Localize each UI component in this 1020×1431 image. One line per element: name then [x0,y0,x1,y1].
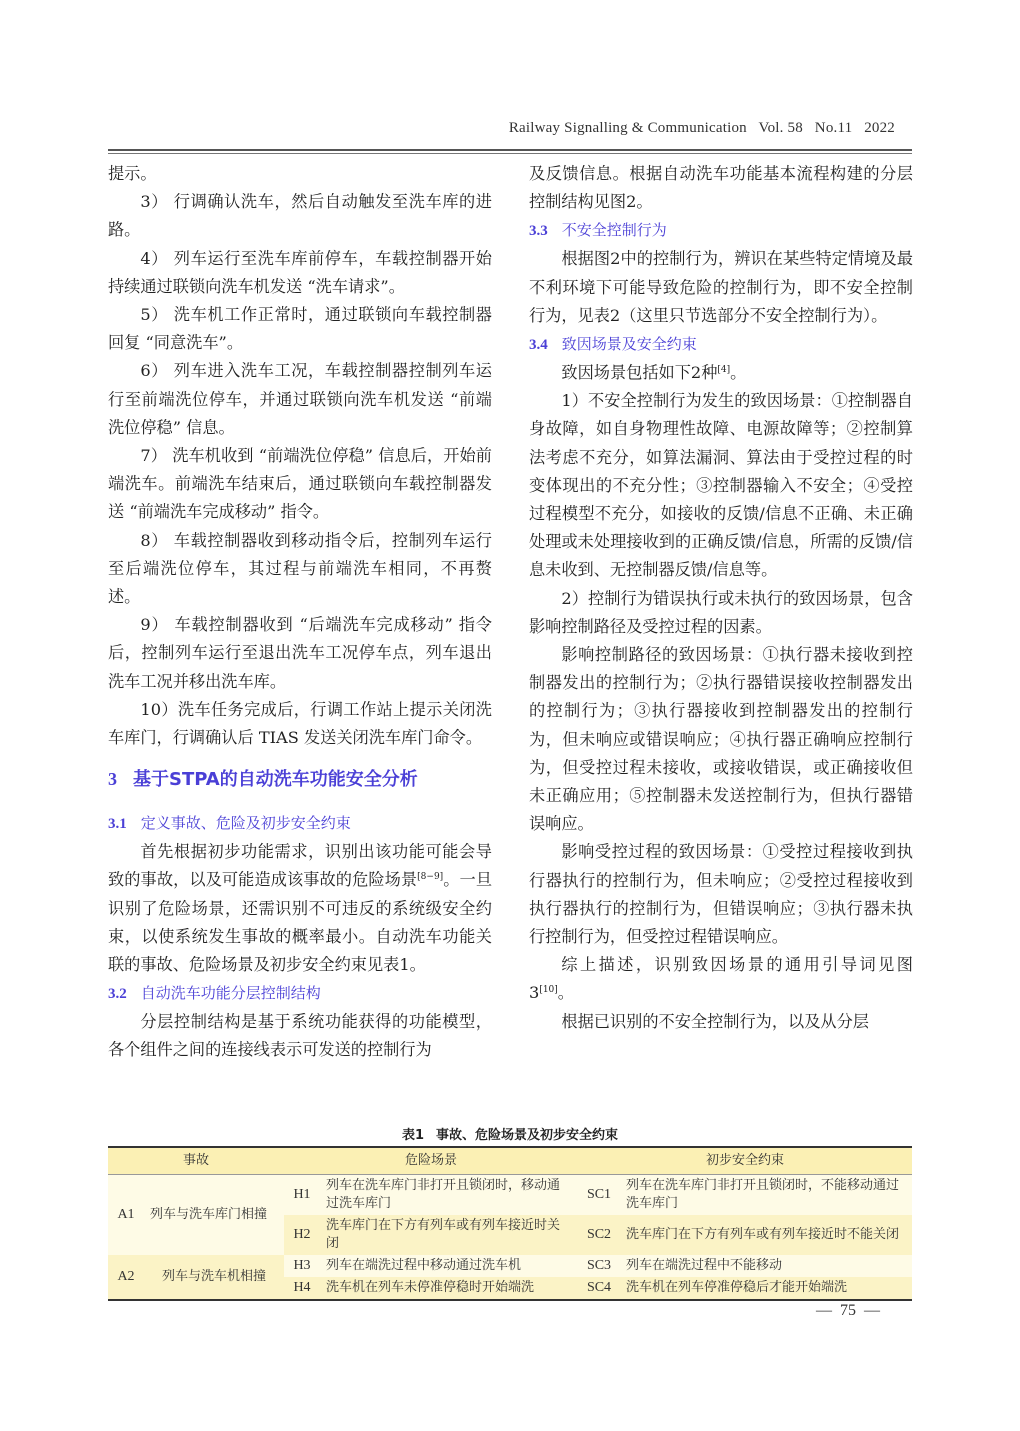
journal-name: Railway Signalling & Communication [509,120,747,136]
hazard-desc: 洗车库门在下方有列车或有列车接近时关闭 [320,1215,578,1255]
list-item-5: 5） 洗车机工作正常时，通过联锁向车载控制器回复 “同意洗车”。 [108,301,492,357]
paragraph: 根据图2中的控制行为，辨识在某些特定情境及最不利环境下可能导致危险的控制行为，即… [529,245,913,330]
constraint-id: SC3 [578,1255,620,1277]
column-header-accident: 事故 [108,1147,284,1175]
hazard-desc: 列车在洗车库门非打开且锁闭时，移动通过洗车库门 [320,1175,578,1216]
constraint-id: SC4 [578,1277,620,1300]
header-rule-thin [108,153,912,154]
section-heading-3: 3基于STPA的自动洗车功能安全分析 [108,762,492,797]
issue: No.11 [815,120,853,136]
table-accidents-hazards: 事故 危险场景 初步安全约束 A1 列车与洗车库门相撞 H1 列车在洗车库门非打… [108,1146,912,1301]
subsection-heading-3-3: 3.3不安全控制行为 [529,216,913,245]
accident-id: A2 [108,1255,144,1300]
constraint-id: SC2 [578,1215,620,1255]
constraint-desc: 列车在洗车库门非打开且锁闭时，不能移动通过洗车库门 [620,1175,912,1216]
accident-desc: 列车与洗车机相撞 [144,1255,284,1300]
list-item-8: 8） 车载控制器收到移动指令后，控制列车运行至后端洗位停车，其过程与前端洗车相同… [108,527,492,612]
year: 2022 [864,120,895,136]
list-item-9: 9） 车载控制器收到 “后端洗车完成移动” 指令后，控制列车运行至退出洗车工况停… [108,611,492,696]
constraint-desc: 洗车机在列车停准停稳后才能开始端洗 [620,1277,912,1300]
hazard-desc: 洗车机在列车未停准停稳时开始端洗 [320,1277,578,1300]
citation: [10] [539,985,557,995]
paragraph: 影响控制路径的致因场景：①执行器未接收到控制器发出的控制行为；②执行器错误接收控… [529,641,913,838]
subsection-heading-3-4: 3.4致因场景及安全约束 [529,330,913,359]
list-item-6: 6） 列车进入洗车工况，车载控制器控制列车运行至前端洗位停车，并通过联锁向洗车机… [108,357,492,442]
paragraph: 影响受控过程的致因场景：①受控过程接收到执行器执行的控制行为，但未响应；②受控过… [529,838,913,951]
subsection-heading-3-2: 3.2自动洗车功能分层控制结构 [108,979,492,1008]
volume: Vol. 58 [758,120,802,136]
hazard-id: H2 [284,1215,320,1255]
citation: [4] [717,365,730,375]
paragraph: 首先根据初步功能需求，识别出该功能可能会导致的事故，以及可能造成该事故的危险场景… [108,838,492,979]
table-caption: 表1事故、危险场景及初步安全约束 [108,1124,912,1143]
journal-info: Railway Signalling & Communication Vol. … [509,120,895,137]
paragraph: 2）控制行为错误执行或未执行的致因场景，包含影响控制路径及受控过程的因素。 [529,585,913,641]
column-header-hazard: 危险场景 [284,1147,578,1175]
paragraph: 综上描述，识别致因场景的通用引导词见图3[10]。 [529,951,913,1007]
constraint-desc: 列车在端洗过程中不能移动 [620,1255,912,1277]
header-rule [108,149,912,151]
table-row: A2 列车与洗车机相撞 H3 列车在端洗过程中移动通过洗车机 SC3 列车在端洗… [108,1255,912,1277]
accident-id: A1 [108,1175,144,1256]
subsection-heading-3-1: 3.1定义事故、危险及初步安全约束 [108,809,492,838]
constraint-desc: 洗车库门在下方有列车或有列车接近时不能关闭 [620,1215,912,1255]
page-number: — 75 — [816,1302,880,1320]
hazard-id: H1 [284,1175,320,1216]
list-item-3: 3） 行调确认洗车，然后自动触发至洗车库的进路。 [108,188,492,244]
column-header-constraint: 初步安全约束 [578,1147,912,1175]
list-item-10: 10）洗车任务完成后，行调工作站上提示关闭洗车库门，行调确认后 TIAS 发送关… [108,696,492,752]
paragraph: 及反馈信息。根据自动洗车功能基本流程构建的分层控制结构见图2。 [529,160,913,216]
paragraph: 致因场景包括如下2种[4]。 [529,359,913,387]
list-item-7: 7） 洗车机收到 “前端洗位停稳” 信息后，开始前端洗车。前端洗车结束后，通过联… [108,442,492,527]
constraint-id: SC1 [578,1175,620,1216]
citation: [8−9] [417,872,443,882]
list-item-4: 4） 列车运行至洗车库前停车，车载控制器开始持续通过联锁向洗车机发送 “洗车请求… [108,245,492,301]
paragraph: 1）不安全控制行为发生的致因场景：①控制器自身故障，如自身物理性故障、电源故障等… [529,387,913,584]
right-column: 及反馈信息。根据自动洗车功能基本流程构建的分层控制结构见图2。 3.3不安全控制… [529,160,913,1036]
table-header-row: 事故 危险场景 初步安全约束 [108,1147,912,1175]
left-column: 提示。 3） 行调确认洗车，然后自动触发至洗车库的进路。 4） 列车运行至洗车库… [108,160,492,1065]
paragraph: 根据已识别的不安全控制行为，以及从分层 [529,1008,913,1036]
accident-desc: 列车与洗车库门相撞 [144,1175,284,1256]
hazard-desc: 列车在端洗过程中移动通过洗车机 [320,1255,578,1277]
table-row: A1 列车与洗车库门相撞 H1 列车在洗车库门非打开且锁闭时，移动通过洗车库门 … [108,1175,912,1216]
paragraph: 分层控制结构是基于系统功能获得的功能模型，各个组件之间的连接线表示可发送的控制行… [108,1008,492,1064]
paragraph: 提示。 [108,160,492,188]
hazard-id: H3 [284,1255,320,1277]
running-header: Railway Signalling & Communication Vol. … [108,118,912,152]
hazard-id: H4 [284,1277,320,1300]
